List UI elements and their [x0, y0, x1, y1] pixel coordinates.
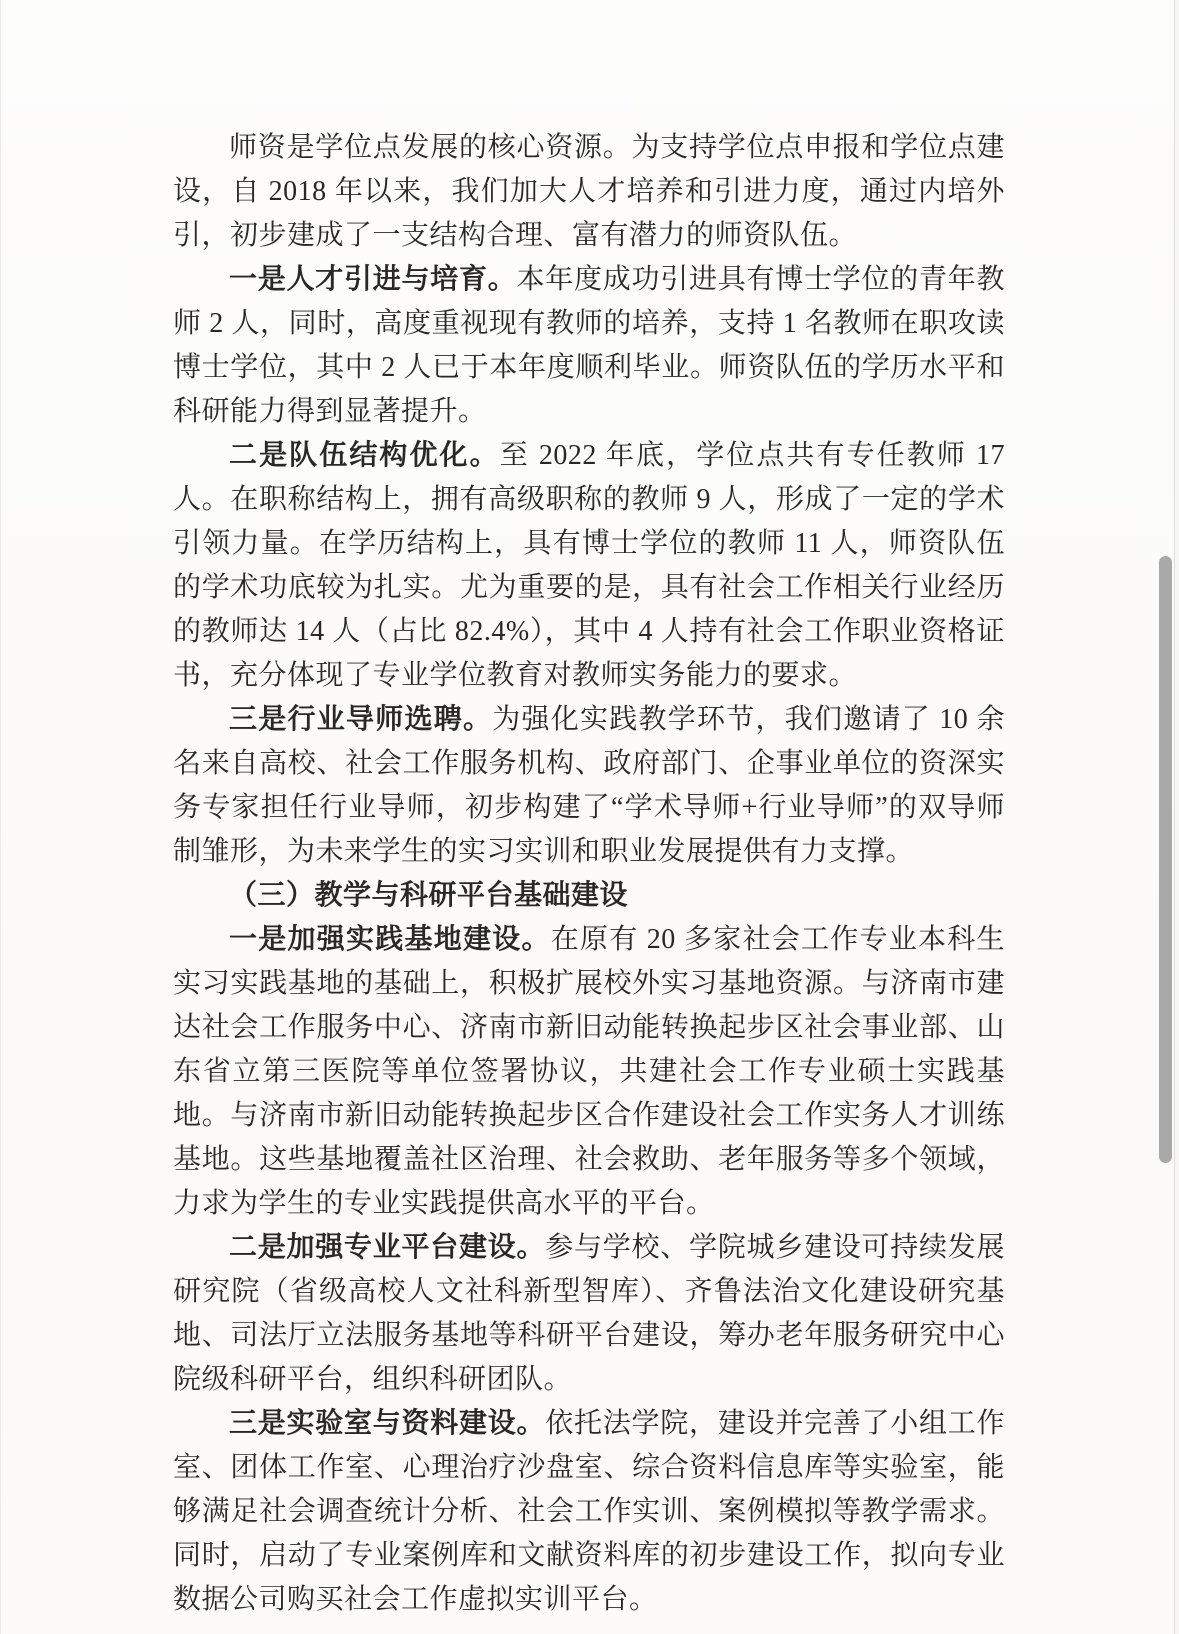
section-heading-label: （三）教学与科研平台基础建设 — [229, 880, 628, 911]
paragraph: 一是人才引进与培育。本年度成功引进具有博士学位的青年教师 2 人，同时，高度重视… — [173, 258, 1005, 434]
paragraph: 三是实验室与资料建设。依托法学院，建设并完善了小组工作室、团体工作室、心理治疗沙… — [173, 1402, 1005, 1622]
paragraph-lead: 一是人才引进与培育。 — [229, 264, 517, 295]
document-viewer: 师资是学位点发展的核心资源。为支持学位点申报和学位点建设，自 2018 年以来，… — [0, 0, 1179, 1634]
paragraph-text: 至 2022 年底，学位点共有专任教师 17 人。在职称结构上，拥有高级职称的教… — [173, 440, 1005, 691]
paragraph-text: 师资是学位点发展的核心资源。为支持学位点申报和学位点建设，自 2018 年以来，… — [173, 132, 1005, 251]
paragraph-text: 在原有 20 多家社会工作专业本科生实习实践基地的基础上，积极扩展校外实习基地资… — [173, 924, 1005, 1219]
paragraph-lead: 三是实验室与资料建设。 — [229, 1408, 545, 1439]
paragraph: 一是加强实践基地建设。在原有 20 多家社会工作专业本科生实习实践基地的基础上，… — [173, 918, 1005, 1226]
document-page: 师资是学位点发展的核心资源。为支持学位点申报和学位点建设，自 2018 年以来，… — [0, 0, 1174, 1634]
section-heading: （三）教学与科研平台基础建设 — [173, 874, 1005, 918]
paragraph-text: 依托法学院，建设并完善了小组工作室、团体工作室、心理治疗沙盘室、综合资料信息库等… — [173, 1408, 1005, 1615]
paragraph: 二是队伍结构优化。至 2022 年底，学位点共有专任教师 17 人。在职称结构上… — [173, 434, 1005, 698]
paragraph: 二是加强专业平台建设。参与学校、学院城乡建设可持续发展研究院（省级高校人文社科新… — [173, 1226, 1005, 1402]
window-edge — [1174, 0, 1179, 1634]
scrollbar-thumb[interactable] — [1159, 556, 1172, 1163]
document-content: 师资是学位点发展的核心资源。为支持学位点申报和学位点建设，自 2018 年以来，… — [173, 126, 1005, 1622]
paragraph: 师资是学位点发展的核心资源。为支持学位点申报和学位点建设，自 2018 年以来，… — [173, 126, 1005, 258]
paragraph-lead: 二是加强专业平台建设。 — [229, 1232, 545, 1263]
paragraph: 三是行业导师选聘。为强化实践教学环节，我们邀请了 10 余名来自高校、社会工作服… — [173, 698, 1005, 874]
paragraph-lead: 二是队伍结构优化。 — [229, 440, 500, 471]
paragraph-lead: 三是行业导师选聘。 — [229, 704, 492, 735]
paragraph-lead: 一是加强实践基地建设。 — [229, 924, 551, 955]
